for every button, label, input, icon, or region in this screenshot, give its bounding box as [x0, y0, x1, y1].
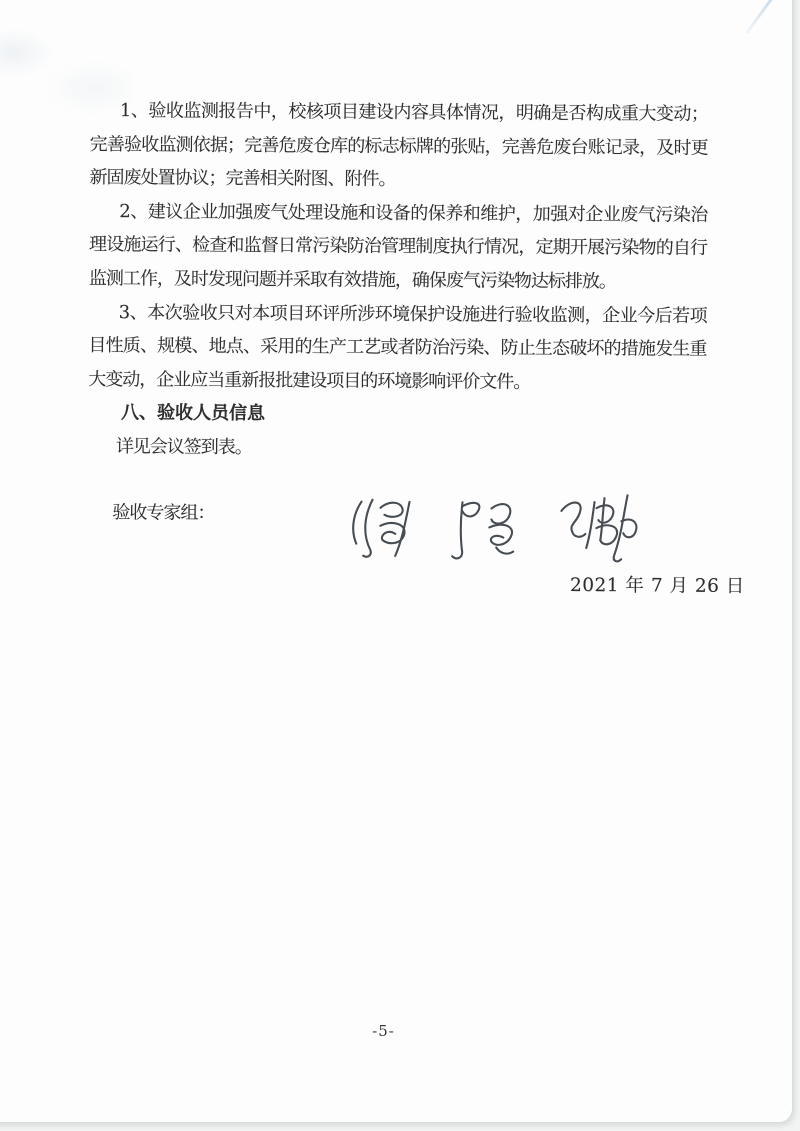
- scanned-document: 1、验收监测报告中，校核项目建设内容具体情况，明确是否构成重大变动；完善验收监测…: [0, 0, 800, 1131]
- signature-label: 验收专家组：: [87, 502, 214, 525]
- signature-1: [353, 500, 410, 557]
- section-heading: 八、验收人员信息: [88, 396, 706, 433]
- signature-3: [561, 495, 636, 562]
- scan-crease-mark: [745, 0, 773, 34]
- document-page: 1、验收监测报告中，校核项目建设内容具体情况，明确是否构成重大变动；完善验收监测…: [0, 0, 793, 1123]
- section-body: 详见会议签到表。: [88, 430, 706, 467]
- signature-2: [452, 502, 513, 558]
- paragraph-2: 2、建议企业加强废气处理设施和设备的保养和维护，加强对企业废气污染治理设施运行、…: [89, 195, 708, 300]
- handwritten-signatures: [343, 488, 674, 576]
- page-number: -5-: [0, 1022, 772, 1040]
- paragraph-1: 1、验收监测报告中，校核项目建设内容具体情况，明确是否构成重大变动；完善验收监测…: [89, 94, 708, 199]
- paragraph-3: 3、本次验收只对本项目环评所涉环境保护设施进行验收监测，企业今后若项目性质、规模…: [88, 296, 707, 401]
- document-date: 2021 年 7 月 26 日: [570, 569, 745, 604]
- document-content: 1、验收监测报告中，校核项目建设内容具体情况，明确是否构成重大变动；完善验收监测…: [88, 94, 708, 467]
